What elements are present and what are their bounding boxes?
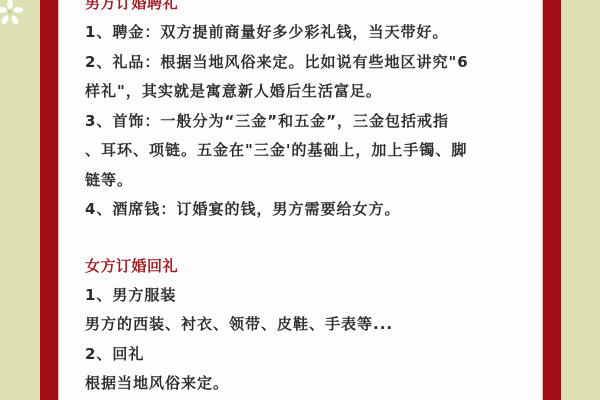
- right-red-border: [542, 0, 561, 400]
- list-item: 、耳环、项链。五金在"三金'的基础上，加上手镯、脚: [85, 136, 535, 166]
- section-heading: 男方订婚聘礼: [85, 0, 535, 18]
- flower-icon: [0, 0, 26, 30]
- list-item: 2、礼品：根据当地风俗来定。比如说有些地区讲究"6: [85, 48, 535, 78]
- list-item: 2、回礼: [85, 340, 535, 370]
- section-groom-gifts: 男方订婚聘礼 1、聘金：双方提前商量好多少彩礼钱，当天带好。 2、礼品：根据当地…: [85, 0, 535, 225]
- list-item: 链等。: [85, 166, 535, 196]
- list-item: 3、首饰：一般分为“三金”和五金”，三金包括戒指: [85, 107, 535, 137]
- list-item: 4、酒席钱：订婚宴的钱，男方需要给女方。: [85, 195, 535, 225]
- list-item: 1、聘金：双方提前商量好多少彩礼钱，当天带好。: [85, 18, 535, 48]
- list-item: 1、男方服装: [85, 281, 535, 311]
- list-item: 男方的西装、衬衣、领带、皮鞋、手表等...: [85, 310, 535, 340]
- list-item: 样礼"，其实就是寓意新人婚后生活富足。: [85, 77, 535, 107]
- section-spacer: [85, 225, 535, 251]
- left-margin: [0, 0, 40, 400]
- right-margin: [560, 0, 600, 400]
- left-red-border: [40, 0, 59, 400]
- list-item: 根据当地风俗来定。: [85, 369, 535, 399]
- document-card: 男方订婚聘礼 1、聘金：双方提前商量好多少彩礼钱，当天带好。 2、礼品：根据当地…: [59, 0, 542, 400]
- section-heading: 女方订婚回礼: [85, 251, 535, 281]
- section-bride-return-gifts: 女方订婚回礼 1、男方服装 男方的西装、衬衣、领带、皮鞋、手表等... 2、回礼…: [85, 251, 535, 399]
